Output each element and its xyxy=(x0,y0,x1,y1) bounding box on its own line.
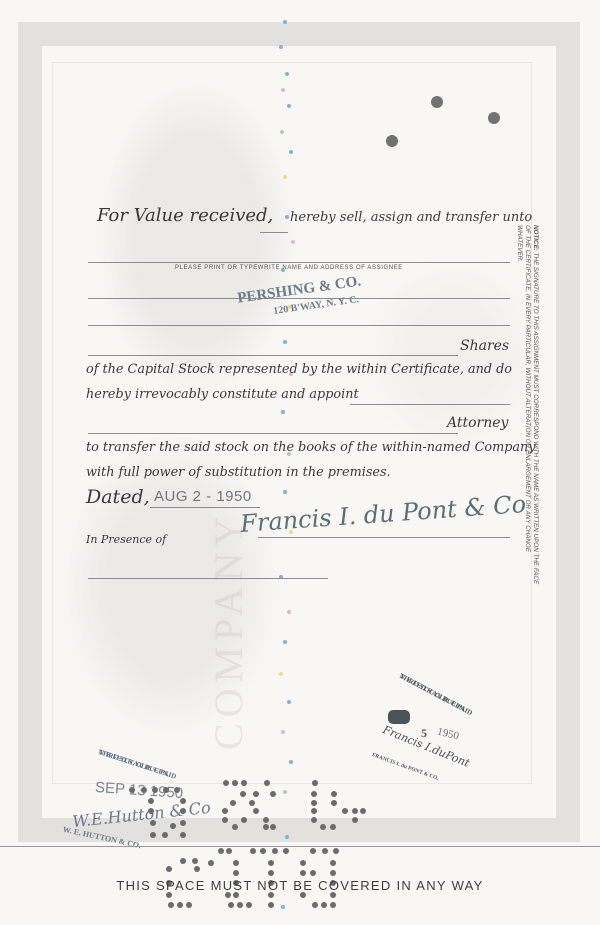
dated-value: AUG 2 - 1950 xyxy=(154,488,252,505)
security-dots xyxy=(265,0,315,925)
shares-line[interactable] xyxy=(88,355,458,356)
attorney-line[interactable] xyxy=(88,433,458,434)
blank-line xyxy=(260,232,288,233)
substitution-text: with full power of substitution in the p… xyxy=(86,465,391,480)
certificate-back: COMPANY For Value received, xyxy=(0,0,600,925)
footer-divider xyxy=(0,846,600,847)
signature-line[interactable] xyxy=(258,537,510,538)
in-presence-of-label: In Presence of xyxy=(86,533,166,546)
assignee-caption: PLEASE PRINT OR TYPEWRITE NAME AND ADDRE… xyxy=(175,265,403,271)
attorney-name-line[interactable] xyxy=(350,404,510,405)
signature-notice: NOTICE: THE SIGNATURE TO THIS ASSIGNMENT… xyxy=(515,225,539,585)
assignee-line-3[interactable] xyxy=(88,325,510,326)
punch-hole xyxy=(431,96,443,108)
shares-label: Shares xyxy=(460,338,509,354)
capital-stock-text: of the Capital Stock represented by the … xyxy=(86,362,512,377)
date-line[interactable] xyxy=(150,507,260,508)
dated-label: Dated, xyxy=(86,486,150,508)
for-value-received-label: For Value received, xyxy=(97,205,273,226)
sell-assign-transfer-label: hereby sell, assign and transfer unto xyxy=(290,210,532,225)
witness-line[interactable] xyxy=(88,578,328,579)
irrevocably-appoint-text: hereby irrevocably constitute and appoin… xyxy=(86,387,359,402)
notice-title: NOTICE: xyxy=(532,225,539,251)
attorney-label: Attorney xyxy=(447,415,508,431)
transfer-text: to transfer the said stock on the books … xyxy=(86,440,536,455)
stamp-ink-blot xyxy=(388,710,410,724)
punch-hole xyxy=(488,112,500,124)
assignee-line-1[interactable] xyxy=(88,262,510,263)
notice-text: THE SIGNATURE TO THIS ASSIGNMENT MUST CO… xyxy=(516,225,539,584)
footer-notice: THIS SPACE MUST NOT BE COVERED IN ANY WA… xyxy=(0,878,600,893)
punch-hole xyxy=(386,135,398,147)
